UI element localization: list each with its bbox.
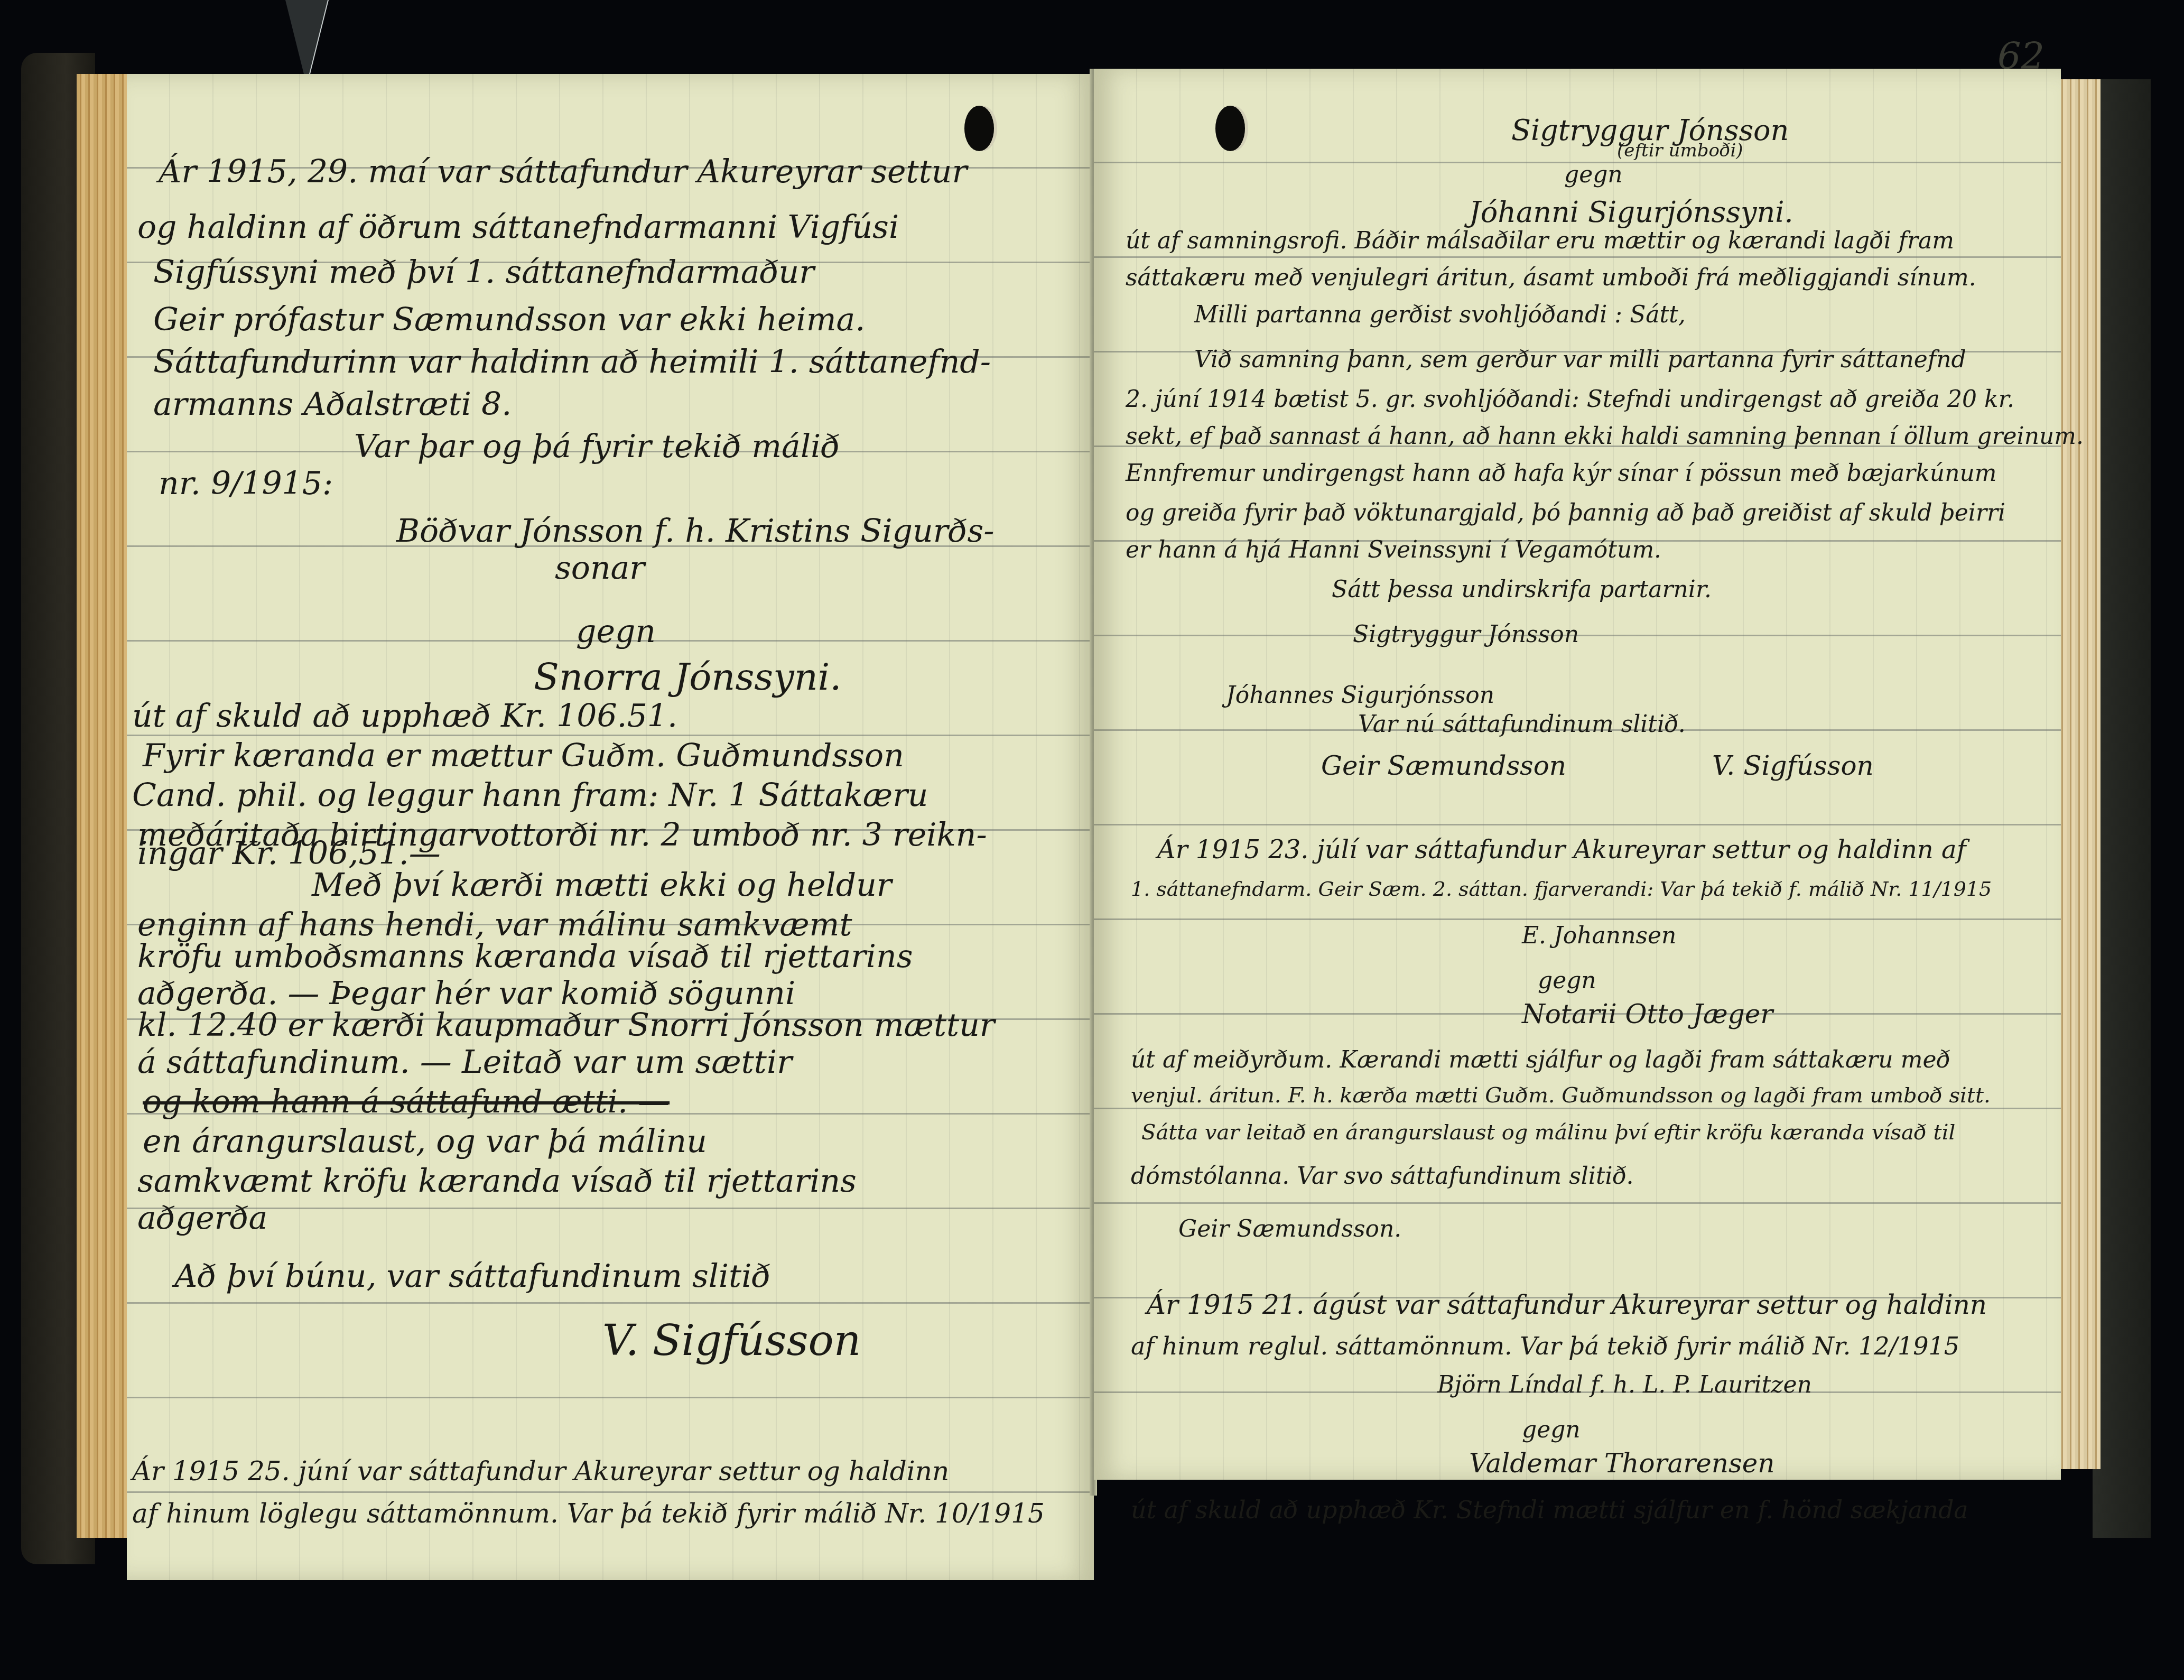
entry-10-line-1: Ár 1915 25. júní var sáttafundur Akureyr… (132, 1456, 949, 1487)
book-cover-right (2093, 79, 2151, 1538)
entry-9-body-11: á sáttafundinum. — Leitað var um sættir (137, 1044, 792, 1081)
entry-10-body-2: sáttakæru með venjulegri áritun, ásamt u… (1126, 264, 1976, 291)
plaintiff-11: E. Johannsen (1522, 922, 1676, 949)
entry-12-line-2: af hinum reglul. sáttamönnum. Var þá tek… (1131, 1332, 1959, 1360)
defendant-10: Jóhanni Sigurjónssyni. (1469, 196, 1793, 229)
page-number: 62 (1997, 34, 2044, 78)
entry-12-body-1: út af skuld að upphæð Kr. Stefndi mætti … (1131, 1496, 1968, 1524)
entry-9-body-2: Fyrir kæranda er mættur Guðm. Guðmundsso… (143, 737, 904, 774)
entry-9-body-6: Með því kærði mætti ekki og heldur (312, 867, 891, 904)
plaintiff-9-cont: sonar (555, 550, 645, 587)
entry-9-body-10: kl. 12.40 er kærði kaupmaður Snorri Jóns… (137, 1007, 995, 1044)
entry-9-line-4: Geir prófastur Sæmundsson var ekki heima… (153, 301, 865, 338)
entry-9-body-13: samkvæmt kröfu kæranda vísað til rjettar… (137, 1163, 857, 1200)
entry-9-line-6: armanns Aðalstræti 8. (153, 386, 512, 423)
signature-geir-11: Geir Sæmundsson. (1178, 1215, 1401, 1242)
entry-9-line-7: Var þar og þá fyrir tekið málið (354, 428, 840, 465)
case-number-9: nr. 9/1915: (159, 465, 333, 502)
signature-vsigfusson: V. Sigfússon (1712, 750, 1874, 781)
versus-10: gegn (1564, 161, 1623, 188)
punch-hole-right (1215, 106, 1245, 151)
entry-10-body-1: út af samningsrofi. Báðir málsaðilar eru… (1126, 227, 1954, 254)
entry-10-body-7: Ennfremur undirgengst hann að hafa kýr s… (1126, 460, 1997, 487)
entry-9-line-2: og haldinn af öðrum sáttanefndarmanni Vi… (137, 209, 899, 246)
entry-11-body-1: út af meiðyrðum. Kærandi mætti sjálfur o… (1131, 1046, 1950, 1073)
signature-geir: Geir Sæmundsson (1321, 750, 1566, 781)
entry-10-body-3: Milli partanna gerðist svohljóðandi : Sá… (1194, 301, 1686, 328)
defendant-9: Snorra Jónssyni. (534, 655, 842, 699)
signature-sigtryggur: Sigtryggur Jónsson (1353, 621, 1579, 648)
page-edges-left (77, 74, 129, 1538)
entry-9-body-8: kröfu umboðsmanns kæranda vísað til rjet… (137, 938, 913, 975)
entry-9-line-5: Sáttafundurinn var haldinn að heimili 1.… (153, 344, 991, 380)
plaintiff-10-note: (eftir umboði) (1617, 140, 1743, 161)
entry-11-body-4: dómstólanna. Var svo sáttafundinum sliti… (1131, 1163, 1633, 1190)
entry-10-line-2: af hinum löglegu sáttamönnum. Var þá tek… (132, 1498, 1045, 1529)
entry-9-body-14: aðgerða (137, 1200, 267, 1237)
entry-12-line-1: Ár 1915 21. ágúst var sáttafundur Akurey… (1147, 1289, 1987, 1320)
punch-hole-left (964, 106, 994, 151)
page-edges-right (2058, 79, 2101, 1469)
entry-11-body-3: Sátta var leitað en árangurslaust og mál… (1141, 1120, 1955, 1145)
entry-10-body-8: og greiða fyrir það vöktunargjald, þó þa… (1126, 499, 2005, 526)
entry-9-closing: Að því búnu, var sáttafundinum slitið (174, 1258, 771, 1295)
entry-10-body-4: Við samning þann, sem gerður var milli p… (1194, 346, 1966, 373)
versus-12: gegn (1522, 1416, 1581, 1443)
entry-10-body-10: Sátt þessa undirskrifa partarnir. (1332, 576, 1712, 603)
signature-johannes: Jóhannes Sigurjónsson (1226, 682, 1494, 709)
page-pointer-blade (285, 0, 328, 85)
entry-10-body-9: er hann á hjá Hanni Sveinssyni í Vegamót… (1126, 536, 1661, 563)
plaintiff-9: Böðvar Jónsson f. h. Kristins Sigurðs- (396, 513, 995, 550)
entry-11-line-2: 1. sáttanefndarm. Geir Sæm. 2. sáttan. f… (1131, 877, 1992, 901)
plaintiff-12: Björn Líndal f. h. L. P. Lauritzen (1437, 1371, 1812, 1398)
entry-9-body-1: út af skuld að upphæð Kr. 106.51. (132, 698, 677, 735)
versus-9: gegn (576, 613, 656, 650)
entry-9-line-1: Ár 1915, 29. maí var sáttafundur Akureyr… (159, 153, 967, 190)
defendant-12: Valdemar Thorarensen (1469, 1448, 1774, 1479)
entry-11-line-1: Ár 1915 23. júlí var sáttafundur Akureyr… (1157, 835, 1966, 865)
versus-11: gegn (1538, 967, 1596, 994)
entry-9-line-3: Sigfússyni með því 1. sáttanefndarmaður (153, 254, 814, 291)
entry-9-body-12: en árangurslaust, og var þá málinu (143, 1123, 707, 1160)
defendant-11: Notarii Otto Jæger (1522, 999, 1773, 1029)
entry-10-closing: Var nú sáttafundinum slitið. (1358, 711, 1686, 738)
entry-10-body-5: 2. júní 1914 bætist 5. gr. svohljóðandi:… (1126, 386, 2014, 413)
entry-11-body-2: venjul. áritun. F. h. kærða mætti Guðm. … (1131, 1083, 1991, 1108)
signature-vigfusson: V. Sigfússon (602, 1316, 861, 1365)
entry-10-body-6: sekt, ef það sannast á hann, að hann ekk… (1126, 423, 2084, 450)
entry-9-body-3: Cand. phil. og leggur hann fram: Nr. 1 S… (132, 777, 928, 814)
entry-9-struck-line: og kom hann á sáttafund ætti. — (143, 1083, 670, 1120)
